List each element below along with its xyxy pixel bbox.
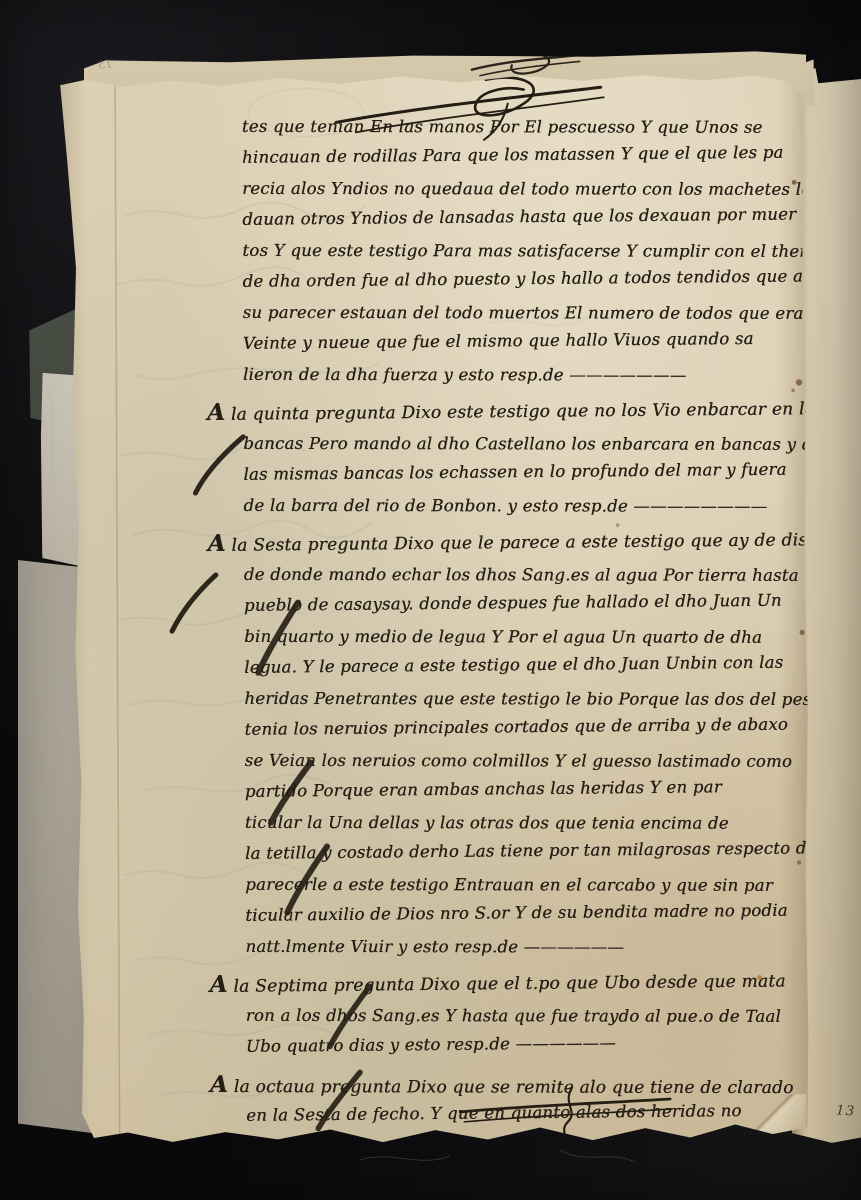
manuscript-page: tes que tenian En las manos Por El pescu… [56, 72, 811, 1145]
manuscript-line: pueblo de casaysay. donde despues fue ha… [244, 584, 808, 620]
manuscript-line-question-6: A la Sesta pregunta Dixo que le parece a… [208, 522, 808, 559]
manuscript-line: las mismas bancas los echassen en lo pro… [243, 453, 807, 489]
manuscript-line: lieron de la dha fuerza y esto resp.de —… [243, 359, 807, 391]
folio-number: 13 [836, 1103, 856, 1120]
manuscript-line: natt.lmente Viuir y esto resp.de —————— [245, 931, 809, 963]
faint-folio-number: 15 [97, 57, 112, 72]
manuscript-line: Veinte y nueue que fue el mismo que hall… [243, 322, 807, 358]
manuscript-line: de dha orden fue al dho puesto y los hal… [242, 260, 806, 296]
background-corner [806, 0, 861, 92]
manuscript-line: tenia los neruios principales cortados q… [244, 708, 808, 744]
manuscript-line: dauan otros Yndios de lansadas hasta que… [242, 198, 806, 234]
manuscript-line: hincauan de rodillas Para que los matass… [242, 136, 806, 172]
text-block: tes que tenian En las manos Por El pescu… [56, 108, 810, 1131]
manuscript-line-question-5: A la quinta pregunta Dixo este testigo q… [207, 391, 807, 428]
photographed-manuscript: tes que tenian En las manos Por El pescu… [0, 0, 861, 1200]
manuscript-line: legua. Y le parece a este testigo que el… [244, 646, 808, 682]
manuscript-line-question-7: A la Septima pregunta Dixo que el t.po q… [209, 963, 809, 1000]
manuscript-line: partido Porque eran ambas anchas las her… [245, 770, 809, 806]
manuscript-line: en la Sesta de fecho. Y que en quanto al… [246, 1094, 810, 1130]
manuscript-line: de la barra del rio de Bonbon. y esto re… [244, 490, 808, 522]
manuscript-line: Ubo quatro dias y esto resp.de —————— [246, 1025, 810, 1061]
manuscript-line: ticular auxilio de Dios nro S.or Y de su… [245, 894, 809, 930]
manuscript-line: la tetilla y costado derho Las tiene por… [245, 832, 809, 868]
